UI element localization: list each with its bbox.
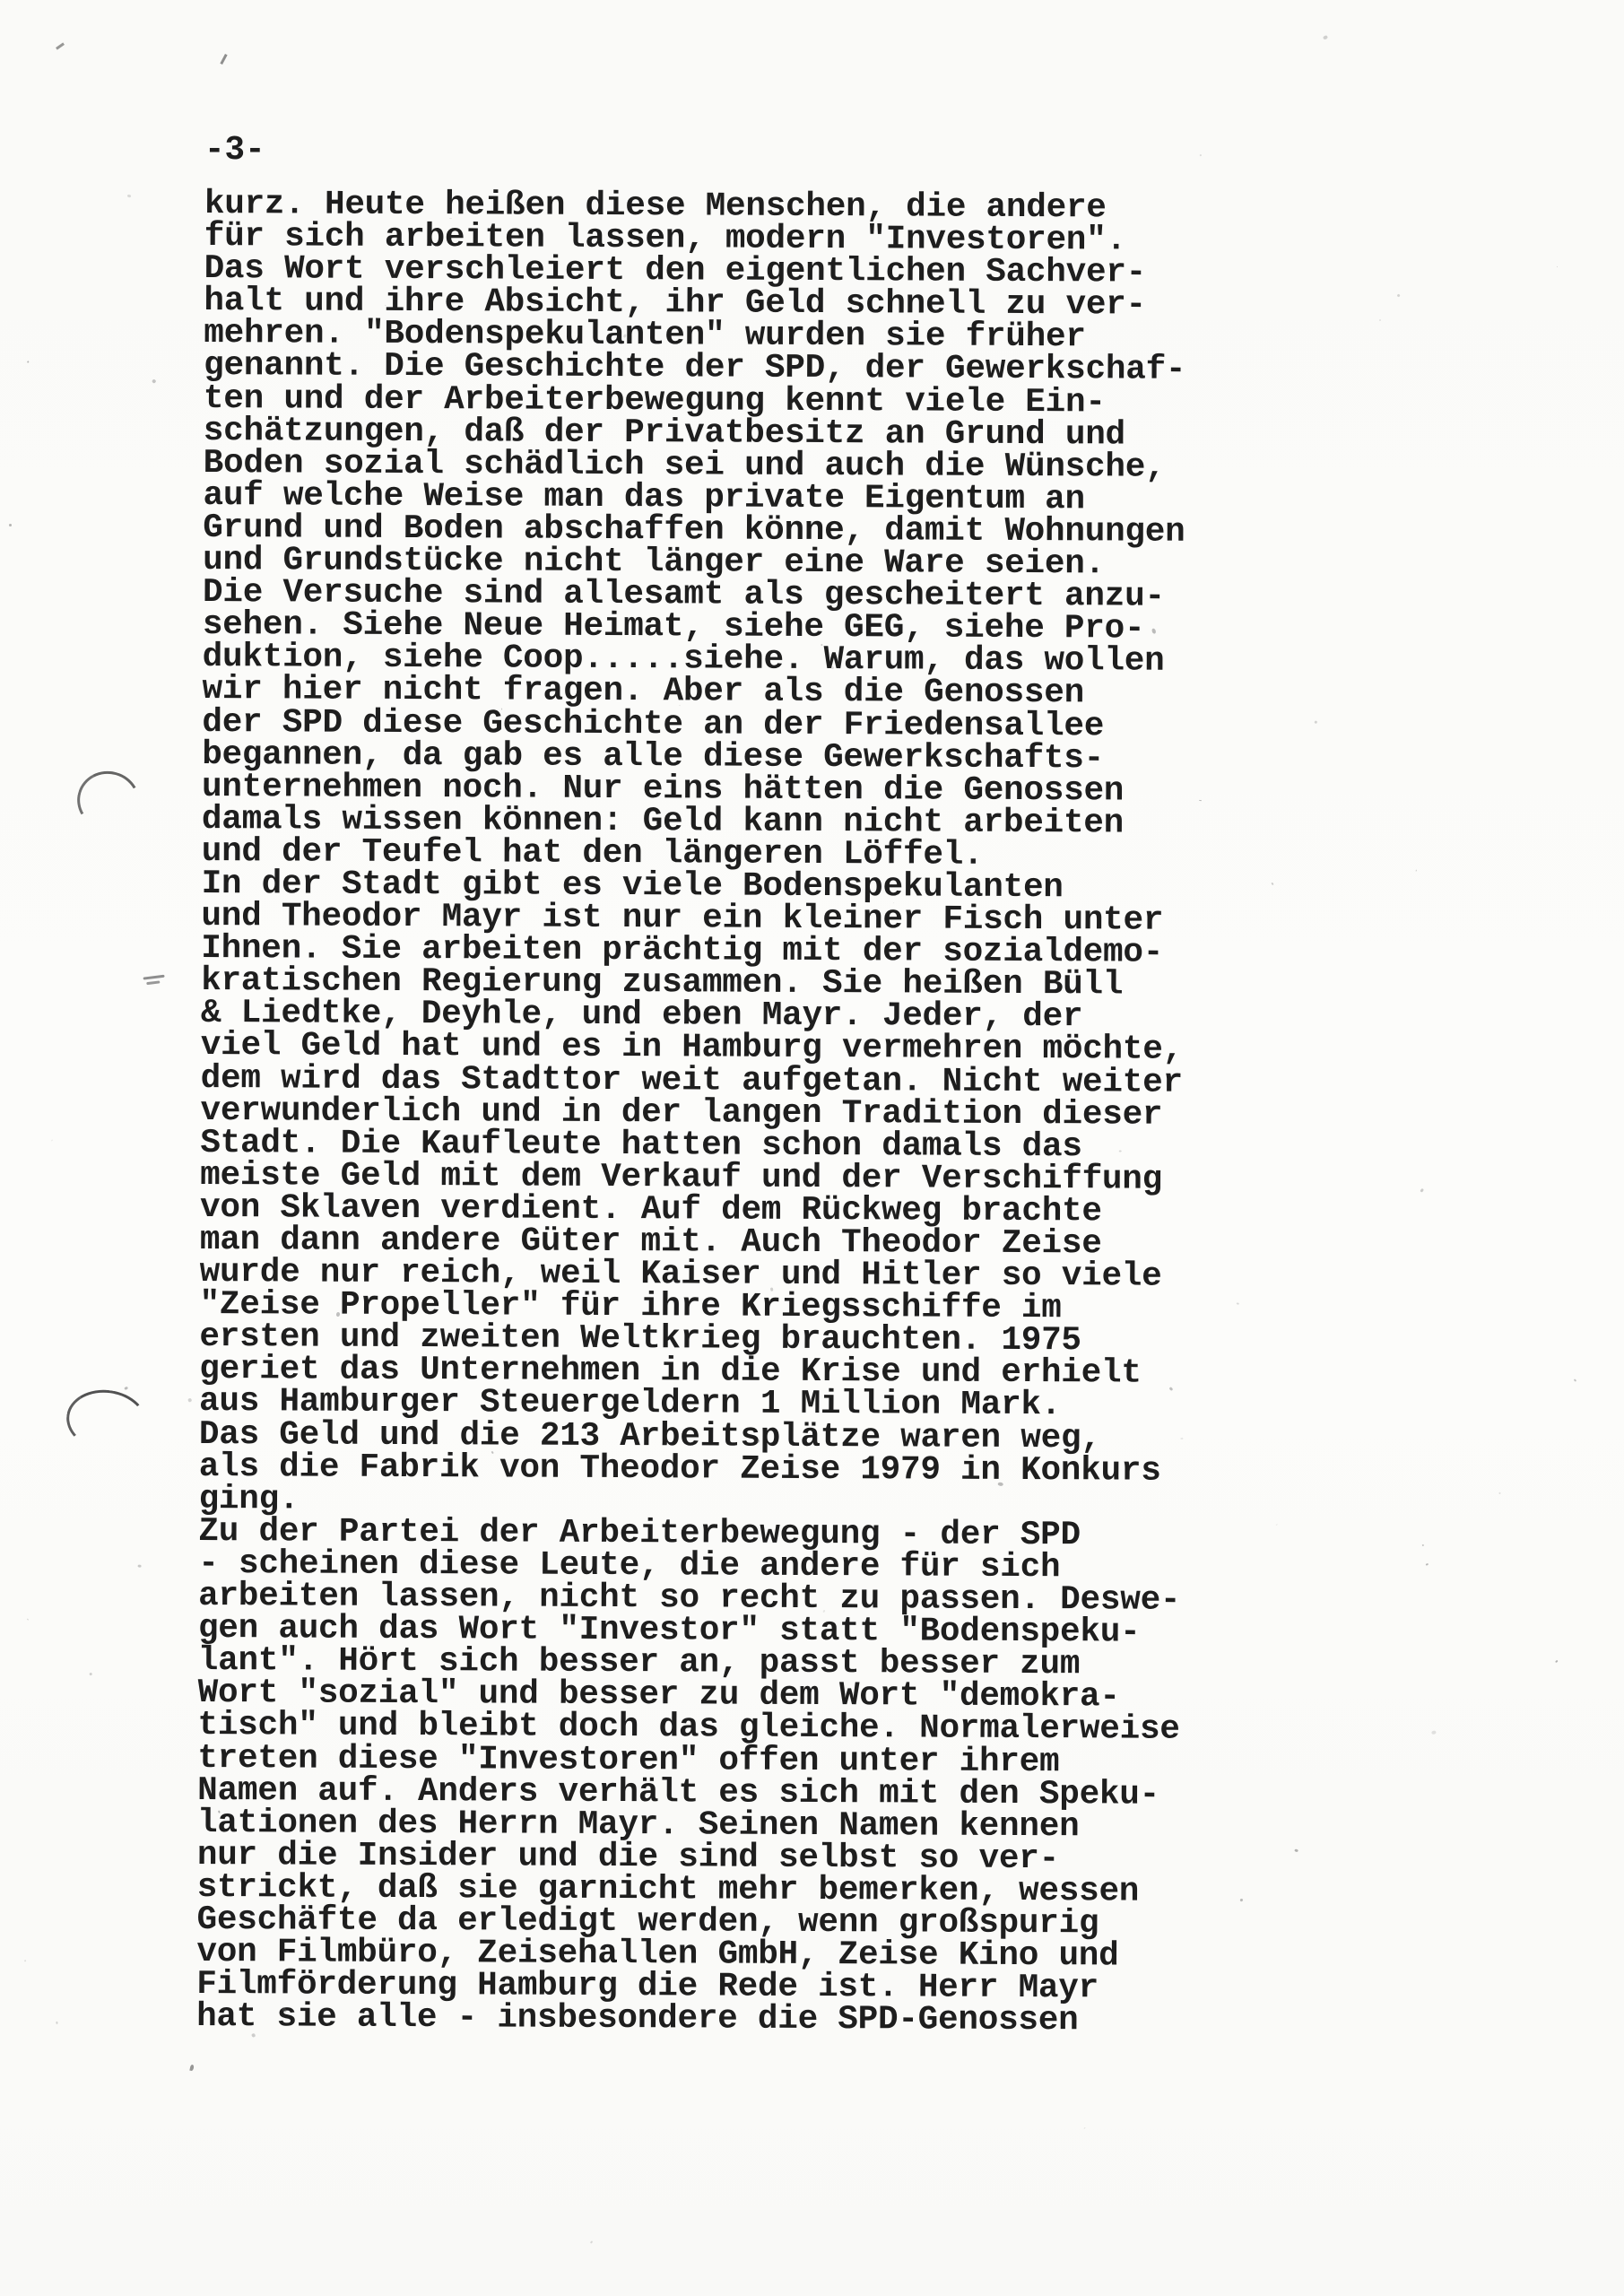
noise-speck: [1574, 1378, 1576, 1382]
noise-speck: [1199, 800, 1202, 802]
noise-speck: [998, 1482, 1003, 1486]
noise-speck: [770, 1287, 773, 1291]
noise-speck: [1084, 2127, 1086, 2129]
noise-speck: [51, 1139, 53, 1141]
noise-speck: [1415, 869, 1417, 872]
noise-speck: [1315, 720, 1318, 724]
noise-speck: [1379, 319, 1382, 322]
noise-speck: [24, 1960, 27, 1961]
scanned-document-page: -3- kurz. Heute heißen diese Menschen, d…: [0, 0, 1624, 2296]
pen-mark-arc-upper: [70, 764, 146, 839]
noise-speck: [187, 1397, 192, 1402]
noise-speck: [1557, 266, 1558, 267]
noise-speck: [124, 1387, 128, 1391]
smudge-dash-bottom: [146, 980, 160, 985]
noise-speck: [127, 195, 131, 198]
corner-scan-mark: [56, 42, 65, 49]
top-scan-mark: [220, 54, 227, 65]
noise-speck: [1236, 1302, 1239, 1305]
noise-speck: [1396, 293, 1400, 297]
noise-speck: [9, 524, 13, 527]
margin-smudge-mark: [143, 972, 168, 987]
noise-speck: [1555, 1660, 1558, 1663]
noise-speck: [1180, 1438, 1184, 1440]
noise-speck: [1240, 1899, 1243, 1901]
noise-speck: [1420, 1188, 1424, 1193]
noise-speck: [1323, 35, 1328, 39]
page-number: -3-: [204, 135, 265, 167]
noise-speck: [27, 361, 30, 364]
noise-speck: [1422, 1544, 1425, 1547]
noise-speck: [56, 2022, 58, 2024]
noise-speck: [1271, 883, 1273, 886]
bottom-scan-mark: [189, 2065, 194, 2072]
noise-speck: [90, 1673, 93, 1676]
pen-mark-arc-lower: [63, 1385, 152, 1457]
noise-speck: [137, 1564, 142, 1568]
noise-speck: [878, 656, 879, 657]
noise-speck: [1431, 1730, 1437, 1735]
smudge-dash-top: [143, 975, 164, 980]
page-text: kurz. Heute heißen diese Menschen, die a…: [196, 188, 1186, 2038]
noise-speck: [27, 1618, 29, 1620]
noise-speck: [590, 2240, 593, 2244]
noise-speck: [1499, 1492, 1501, 1494]
noise-speck: [1294, 1848, 1298, 1852]
noise-speck: [1276, 1524, 1278, 1526]
noise-speck: [1426, 1563, 1429, 1566]
noise-speck: [152, 378, 156, 383]
noise-speck: [1200, 154, 1202, 156]
